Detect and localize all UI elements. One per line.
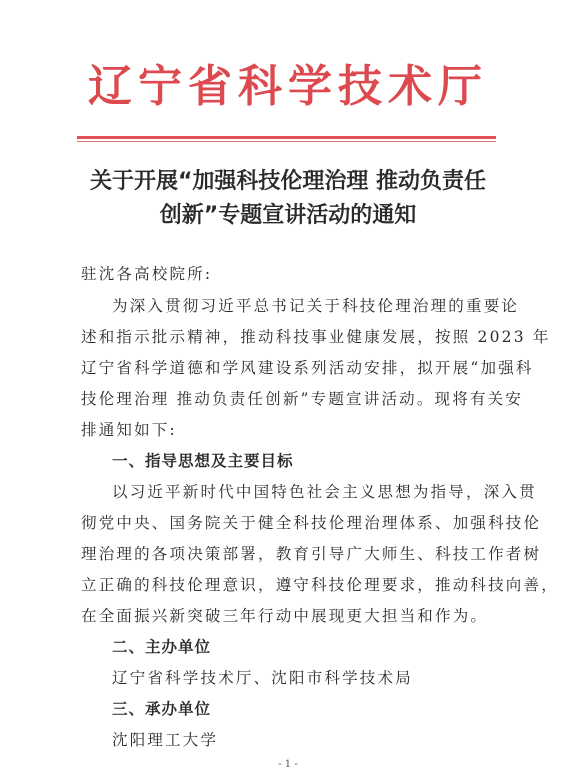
document-body: 驻沈各高校院所: 为深入贯彻习近平总书记关于科技伦理治理的重要论 述和指示批示精…	[81, 0, 501, 774]
intro-line: 为深入贯彻习近平总书记关于科技伦理治理的重要论	[112, 294, 519, 316]
section-line: 立正确的科技伦理意识，遵守科技伦理要求，推动科技向善，	[81, 573, 559, 595]
section-line: 在全面振兴新突破三年行动中展现更大担当和作为。	[81, 604, 488, 626]
section-heading-host: 三、承办单位	[112, 697, 211, 719]
section-line: 辽宁省科学技术厅、沈阳市科学技术局	[112, 666, 413, 688]
intro-line: 辽宁省科学道德和学风建设系列活动安排，拟开展“加强科	[81, 356, 534, 378]
salutation: 驻沈各高校院所:	[81, 262, 212, 284]
intro-line: 排通知如下:	[81, 418, 177, 440]
section-line: 理治理的各项决策部署，教育引导广大师生、科技工作者树	[81, 542, 541, 564]
section-heading-guiding-ideology: 一、指导思想及主要目标	[112, 449, 294, 471]
page-number: - 1 -	[0, 759, 576, 770]
document-page: 辽宁省科学技术厅 关于开展“加强科技伦理治理 推动负责任 创新”专题宣讲活动的通…	[0, 0, 576, 774]
section-heading-organizer: 二、主办单位	[112, 635, 211, 657]
section-line: 以习近平新时代中国特色社会主义思想为指导，深入贯	[112, 480, 537, 502]
section-line: 沈阳理工大学	[112, 728, 218, 750]
section-line: 彻党中央、国务院关于健全科技伦理治理体系、加强科技伦	[81, 511, 541, 533]
intro-line: 技伦理治理 推动负责任创新”专题宣讲活动。现将有关安	[81, 387, 523, 409]
intro-line: 述和指示批示精神，推动科技事业健康发展，按照 2023 年	[81, 325, 551, 347]
